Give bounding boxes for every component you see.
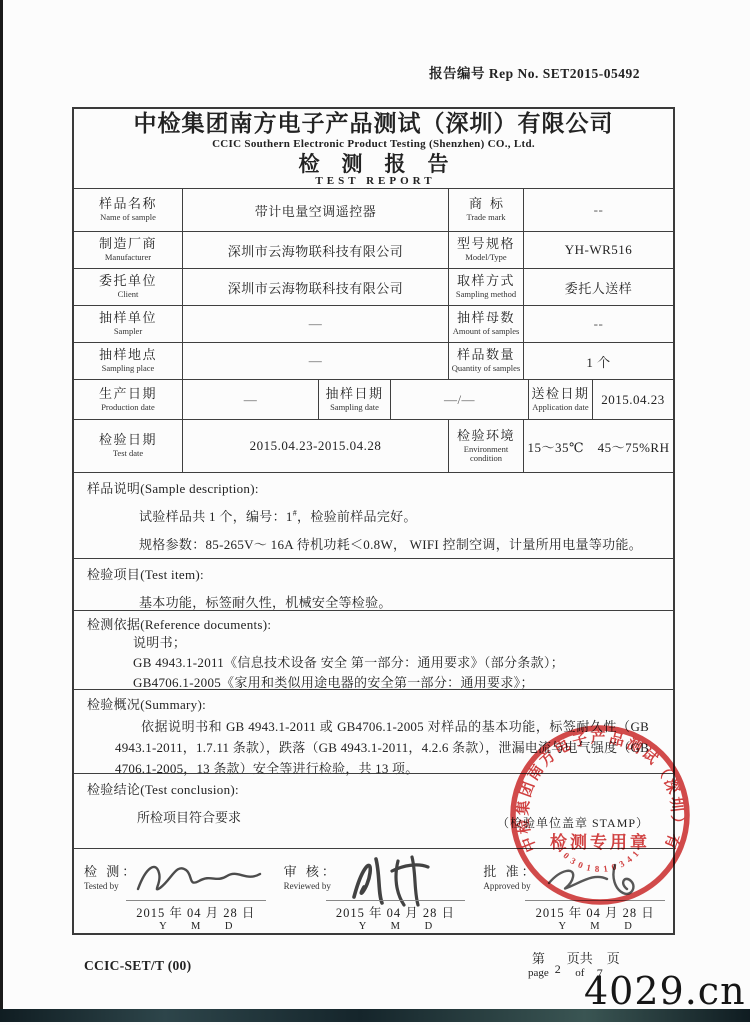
report-title-cn: 检测报告 (277, 153, 471, 175)
table-row: 样品名称 Name of sample 带计电量空调遥控器 商标 Trade m… (74, 188, 673, 231)
current-page-number: 2 (555, 962, 561, 977)
label-client: 委托单位 Client (74, 269, 182, 305)
pages-word-cn: 页 (607, 948, 620, 967)
section-title: 检测依据(Reference documents): (87, 614, 663, 633)
label-amount-of-samples: 抽样母数 Amount of samples (448, 306, 523, 342)
label-name-of-sample: 样品名称 Name of sample (74, 189, 182, 231)
label-application-date: 送检日期 Application date (528, 380, 592, 419)
value-production-date: — (182, 380, 318, 419)
value-amount-of-samples: -- (523, 306, 673, 342)
page-word-cn-en: 第 page (528, 948, 549, 979)
signature-tested-image (132, 853, 267, 901)
section-reference-documents: 检测依据(Reference documents): 说明书； GB 4943.… (74, 610, 673, 689)
value-test-date: 2015.04.23-2015.04.28 (182, 420, 448, 472)
value-sampling-place: — (182, 343, 448, 379)
value-sample-name: 带计电量空调遥控器 (182, 189, 448, 231)
table-row-dates: 生产日期 Production date — 抽样日期 Sampling dat… (74, 379, 673, 419)
signature-cell-tested: 检 测： Tested by 2015 年 04 月 28 日 Y M D (74, 849, 274, 937)
label-test-date: 检验日期 Test date (74, 420, 182, 472)
report-title-block: 中检集团南方电子产品测试（深圳）有限公司 CCIC Southern Elect… (74, 109, 673, 188)
scanned-report-page: 报告编号 Rep No. SET2015-05492 中检集团南方电子产品测试（… (0, 0, 750, 1025)
report-number: 报告编号 Rep No. SET2015-05492 (429, 62, 640, 82)
label-model-type: 型号规格 Model/Type (448, 232, 523, 268)
reference-line: 说明书； (133, 633, 663, 653)
table-row: 抽样单位 Sampler — 抽样母数 Amount of samples -- (74, 305, 673, 342)
table-row: 制造厂商 Manufacturer 深圳市云海物联科技有限公司 型号规格 Mod… (74, 231, 673, 268)
value-sampling-method: 委托人送样 (523, 269, 673, 305)
stamp-ring-circle (513, 728, 687, 902)
date-tested: 2015 年 04 月 28 日 Y M D (126, 900, 266, 932)
label-reviewed-by: 审 核： Reviewed by (284, 861, 338, 891)
table-row: 委托单位 Client 深圳市云海物联科技有限公司 取样方式 Sampling … (74, 268, 673, 305)
signature-cell-reviewed: 审 核： Reviewed by 2015 年 04 月 28 日 Y M D (274, 849, 474, 937)
date-reviewed: 2015 年 04 月 28 日 Y M D (326, 900, 466, 932)
value-sampler: — (182, 306, 448, 342)
section-title: 样品说明(Sample description): (87, 478, 663, 497)
label-sampling-method: 取样方式 Sampling method (448, 269, 523, 305)
value-sampling-date: —/— (390, 380, 528, 419)
company-name-cn: 中检集团南方电子产品测试（深圳）有限公司 (134, 112, 614, 136)
value-manufacturer: 深圳市云海物联科技有限公司 (182, 232, 448, 268)
report-title-en: TEST REPORT (311, 175, 435, 187)
label-manufacturer: 制造厂商 Manufacturer (74, 232, 182, 268)
label-production-date: 生产日期 Production date (74, 380, 182, 419)
table-row: 检验日期 Test date 2015.04.23-2015.04.28 检验环… (74, 419, 673, 472)
value-environment-condition: 15～35℃ 45～75%RH (523, 420, 673, 472)
red-company-stamp: 中检集团南方电子产品测试（深圳）有限公司 检测专用章 40301810341 (505, 720, 695, 910)
test-item-line: 基本功能，标签耐久性，机械安全等检验。 (139, 592, 663, 611)
site-watermark: 4029.cn (584, 969, 746, 1013)
label-quantity-of-samples: 样品数量 Quantity of samples (448, 343, 523, 379)
label-sampling-date: 抽样日期 Sampling date (318, 380, 390, 419)
section-title: 检验项目(Test item): (87, 564, 663, 583)
stamp-image: 中检集团南方电子产品测试（深圳）有限公司 检测专用章 40301810341 (505, 720, 695, 910)
section-title: 检验概况(Summary): (87, 694, 663, 713)
label-environment-condition: 检验环境 Environment condition (448, 420, 523, 472)
reference-line: GB 4943.1-2011《信息技术设备 安全 第一部分：通用要求》（部分条款… (133, 653, 663, 673)
form-number: CCIC-SET/T (00) (84, 958, 191, 974)
scan-left-edge (0, 0, 3, 1012)
company-name-en: CCIC Southern Electronic Product Testing… (212, 138, 535, 150)
value-client: 深圳市云海物联科技有限公司 (182, 269, 448, 305)
label-tested-by: 检 测： Tested by (84, 861, 138, 891)
sample-spec-line: 规格参数：85-265V～ 16A 待机功耗＜0.8W， WIFI 控制空调，计… (139, 534, 663, 553)
value-application-date: 2015.04.23 (592, 380, 673, 419)
label-sampling-place: 抽样地点 Sampling place (74, 343, 182, 379)
section-sample-description: 样品说明(Sample description): 试验样品共 1 个，编号：1… (74, 472, 673, 558)
table-row: 抽样地点 Sampling place — 样品数量 Quantity of s… (74, 342, 673, 379)
section-test-item: 检验项目(Test item): 基本功能，标签耐久性，机械安全等检验。 (74, 558, 673, 610)
value-quantity-of-samples: 1 个 (523, 343, 673, 379)
label-sampler: 抽样单位 Sampler (74, 306, 182, 342)
value-model-type: YH-WR516 (523, 232, 673, 268)
label-trade-mark: 商标 Trade mark (448, 189, 523, 231)
sample-description-line: 试验样品共 1 个，编号：1#，检验前样品完好。 (139, 506, 663, 525)
value-trade-mark: -- (523, 189, 673, 231)
